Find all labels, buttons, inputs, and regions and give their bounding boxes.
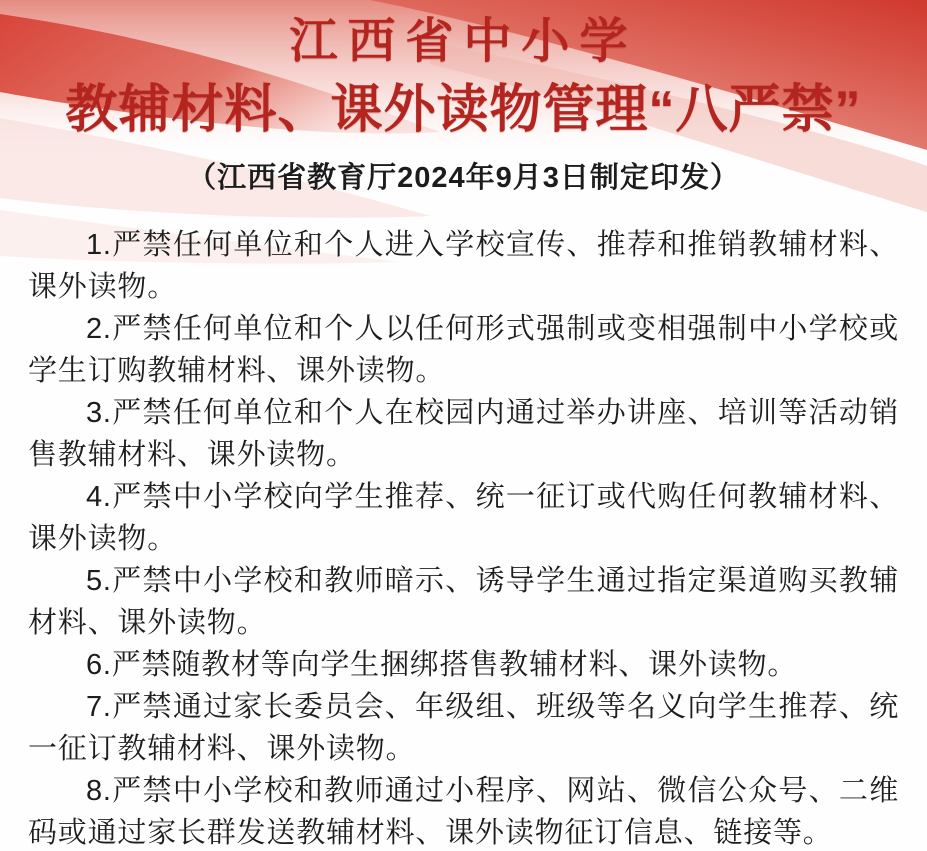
rule-item-8: 8.严禁中小学校和教师通过小程序、网站、微信公众号、二维码或通过家长群发送教辅材… [28, 770, 899, 851]
rule-item-1: 1.严禁任何单位和个人进入学校宣传、推荐和推销教辅材料、课外读物。 [28, 224, 899, 308]
rule-item-4: 4.严禁中小学校向学生推荐、统一征订或代购任何教辅材料、课外读物。 [28, 476, 899, 560]
subtitle-issuer-date: （江西省教育厅2024年9月3日制定印发） [0, 160, 927, 196]
rule-item-5: 5.严禁中小学校和教师暗示、诱导学生通过指定渠道购买教辅材料、课外读物。 [28, 560, 899, 644]
rule-item-7: 7.严禁通过家长委员会、年级组、班级等名义向学生推荐、统一征订教辅材料、课外读物… [28, 686, 899, 770]
poster: 江西省中小学 教辅材料、课外读物管理“八严禁” （江西省教育厅2024年9月3日… [0, 0, 927, 851]
rule-item-6: 6.严禁随教材等向学生捆绑搭售教辅材料、课外读物。 [28, 644, 899, 686]
rule-item-3: 3.严禁任何单位和个人在校园内通过举办讲座、培训等活动销售教辅材料、课外读物。 [28, 392, 899, 476]
title-line-2: 教辅材料、课外读物管理“八严禁” [0, 78, 927, 142]
rule-item-2: 2.严禁任何单位和个人以任何形式强制或变相强制中小学校或学生订购教辅材料、课外读… [28, 308, 899, 392]
title-line-1: 江西省中小学 [0, 12, 927, 72]
poster-header: 江西省中小学 教辅材料、课外读物管理“八严禁” （江西省教育厅2024年9月3日… [0, 0, 927, 196]
rules-list: 1.严禁任何单位和个人进入学校宣传、推荐和推销教辅材料、课外读物。 2.严禁任何… [0, 224, 927, 851]
